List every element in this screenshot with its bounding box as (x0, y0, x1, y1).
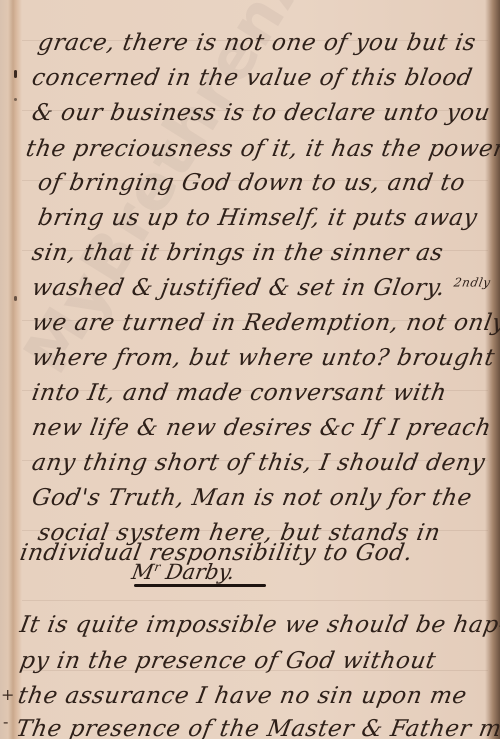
text-line: into It, and made conversant with (30, 380, 491, 406)
text-line-body: washed & justified & set in Glory. (30, 275, 447, 301)
heading-rest: Darby. (157, 560, 236, 584)
text-line: God's Truth, Man is not only for the (30, 485, 491, 511)
margin-mark: + (1, 685, 14, 704)
text-line: & our business is to declare unto you (30, 100, 491, 126)
text-line: washed & justified & set in Glory. 2ndly (30, 275, 492, 301)
ink-spot (14, 70, 17, 78)
text-line: new life & new desires &c If I preach (30, 415, 491, 441)
text-line: where from, but where unto? brought (30, 345, 491, 371)
text-line: concerned in the value of this blood (30, 65, 491, 91)
superscript-2ndly: 2ndly (453, 275, 492, 289)
text-line: the assurance I have no sin upon me (16, 683, 491, 709)
text-line: The presence of the Master & Father make… (14, 716, 491, 739)
text-line: any thing short of this, I should deny (30, 450, 491, 476)
text-line: py in the presence of God without (18, 648, 491, 674)
section-heading: Mr Darby. (130, 560, 237, 584)
text-line: individual responsibility to God. (18, 540, 491, 566)
manuscript-page: MyBrethrenArchive grace, there is not on… (0, 0, 500, 739)
heading-underline (134, 584, 266, 587)
text-line: bring us up to Himself, it puts away (36, 205, 491, 231)
text-line: of bringing God down to us, and to (36, 170, 491, 196)
margin-mark: - (3, 712, 8, 731)
text-line: sin, that it brings in the sinner as (30, 240, 491, 266)
text-line: we are turned in Redemption, not only (30, 310, 491, 336)
ruled-line (22, 600, 488, 601)
ink-spot (14, 98, 17, 101)
text-line: the preciousness of it, it has the power (24, 136, 491, 162)
ink-spot (14, 296, 17, 301)
text-line: It is quite impossible we should be hap- (18, 612, 491, 638)
text-line: grace, there is not one of you but is (36, 30, 491, 56)
heading-initial: M (130, 560, 156, 584)
